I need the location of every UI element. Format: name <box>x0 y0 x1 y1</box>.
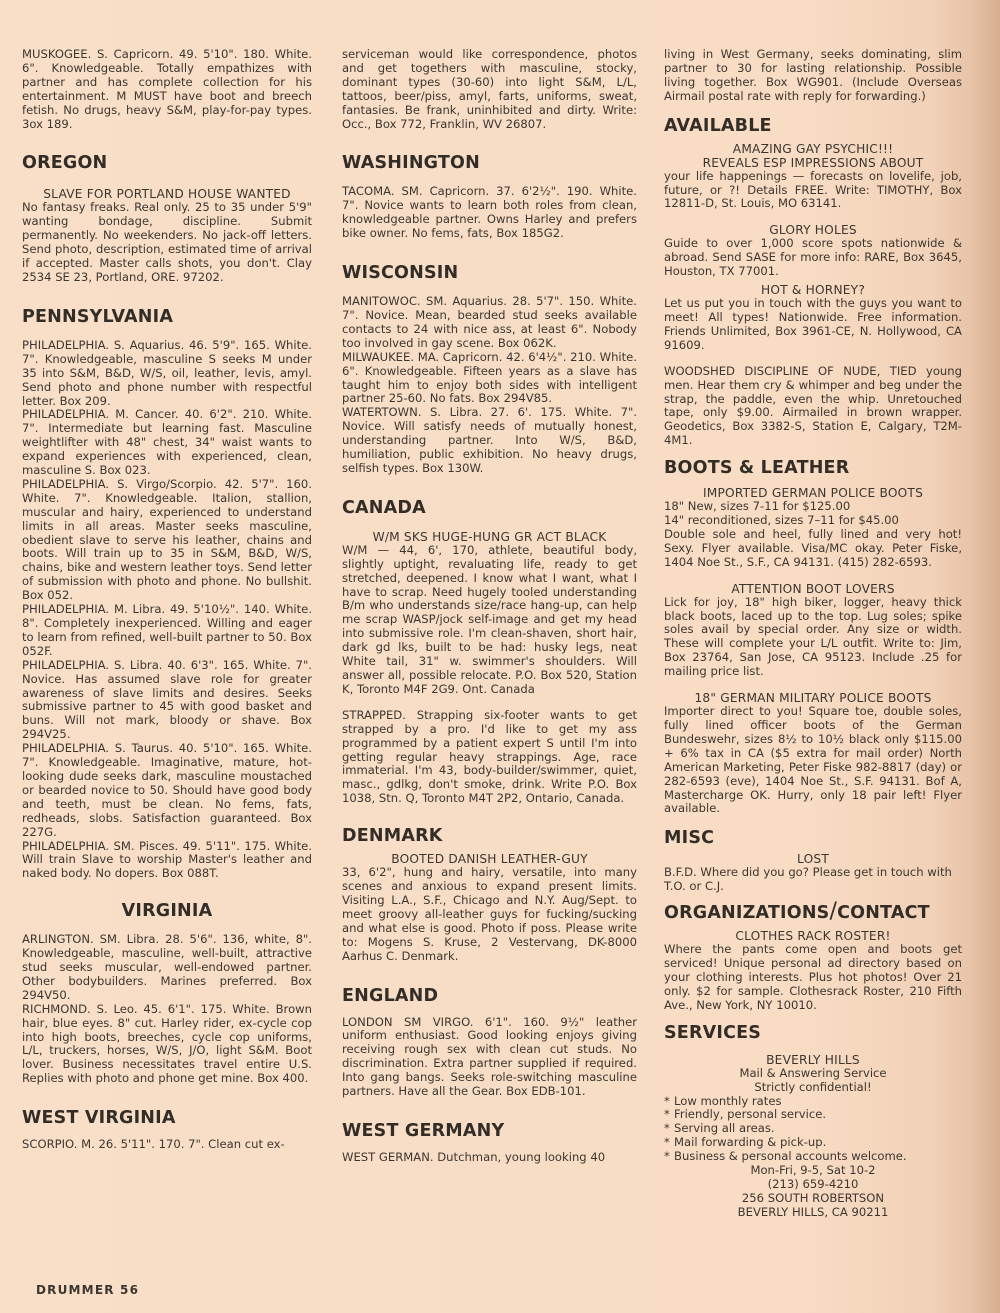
classified-ad: CLOTHES RACK ROSTER! Where the pants com… <box>664 929 962 1013</box>
magazine-page: MUSKOGEE. S. Capricorn. 49. 5'10". 180. … <box>0 0 1000 1313</box>
classified-ad: PHILADELPHIA. S. Taurus. 40. 5'10". 165.… <box>22 742 312 839</box>
bullet-item: Mail forwarding & pick-up. <box>664 1136 962 1150</box>
ad-subtitle: Strictly confidential! <box>664 1081 962 1095</box>
section-heading-misc: MISC <box>664 828 962 848</box>
column-2: serviceman would like correspondence, ph… <box>342 48 637 1165</box>
ad-body: B.F.D. Where did you go? Please get in t… <box>664 866 962 894</box>
section-heading-services: SERVICES <box>664 1023 962 1043</box>
ad-subtitle: REVEALS ESP IMPRESSIONS ABOUT <box>664 156 962 170</box>
ad-body: Double sole and heel, fully lined and ve… <box>664 528 962 570</box>
classified-ad: PHILADELPHIA. M. Libra. 49. 5'10½". 140.… <box>22 603 312 659</box>
classified-ad: living in West Germany, seeks dominating… <box>664 48 962 104</box>
section-heading-west-germany: WEST GERMANY <box>342 1121 637 1141</box>
ad-title: BEVERLY HILLS <box>664 1053 962 1067</box>
section-heading-oregon: OREGON <box>22 153 312 173</box>
services-bullet-list: Low monthly rates Friendly, personal ser… <box>664 1095 962 1165</box>
page-folio: DRUMMER 56 <box>36 1283 139 1297</box>
ad-phone: (213) 659-4210 <box>664 1178 962 1192</box>
slash-divider: / <box>829 899 837 924</box>
section-heading-england: ENGLAND <box>342 986 637 1006</box>
classified-ad: MILWAUKEE. MA. Capricorn. 42. 6'4½". 210… <box>342 351 637 407</box>
classified-ad: STRAPPED. Strapping six-footer wants to … <box>342 709 637 806</box>
section-heading-boots-leather: BOOTS & LEATHER <box>664 458 962 478</box>
classified-ad: PHILADELPHIA. S. Libra. 40. 6'3". 165. W… <box>22 659 312 742</box>
ad-subtitle: Mail & Answering Service <box>664 1067 962 1081</box>
section-heading-canada: CANADA <box>342 498 637 518</box>
ad-title: SLAVE FOR PORTLAND HOUSE WANTED <box>22 187 312 201</box>
ad-body: W/M — 44, 6', 170, athlete, beautiful bo… <box>342 544 637 697</box>
classified-ad: 18" GERMAN MILITARY POLICE BOOTS Importe… <box>664 691 962 816</box>
classified-ad: ARLINGTON. SM. Libra. 28. 5'6". 136, whi… <box>22 933 312 1003</box>
ad-title: 18" GERMAN MILITARY POLICE BOOTS <box>664 691 962 705</box>
classified-ad: serviceman would like correspondence, ph… <box>342 48 637 131</box>
section-heading-virginia: VIRGINIA <box>22 901 312 921</box>
classified-ad: WATERTOWN. S. Libra. 27. 6'. 175. White.… <box>342 406 637 476</box>
classified-ad: GLORY HOLES Guide to over 1,000 score sp… <box>664 223 962 279</box>
classified-ad: MUSKOGEE. S. Capricorn. 49. 5'10". 180. … <box>22 48 312 131</box>
ad-title: CLOTHES RACK ROSTER! <box>664 929 962 943</box>
ad-title: HOT & HORNEY? <box>664 283 962 297</box>
ad-line: 14" reconditioned, sizes 7–11 for $45.00 <box>664 514 962 528</box>
section-heading-washington: WASHINGTON <box>342 153 637 173</box>
classified-ad: IMPORTED GERMAN POLICE BOOTS 18" New, si… <box>664 486 962 570</box>
bullet-item: Business & personal accounts welcome. <box>664 1150 962 1164</box>
ad-city: BEVERLY HILLS, CA 90211 <box>664 1206 962 1220</box>
ad-hours: Mon-Fri, 9-5, Sat 10-2 <box>664 1164 962 1178</box>
heading-part: CONTACT <box>837 903 930 923</box>
ad-line: 18" New, sizes 7-11 for $125.00 <box>664 500 962 514</box>
bullet-item: Serving all areas. <box>664 1122 962 1136</box>
classified-ad: LONDON SM VIRGO. 6'1". 160. 9½" leather … <box>342 1016 637 1099</box>
ad-title: LOST <box>664 852 962 866</box>
section-heading-organizations-contact: ORGANIZATIONS/CONTACT <box>664 902 962 923</box>
ad-body: Where the pants come open and boots get … <box>664 943 962 1013</box>
classified-ad: PHILADELPHIA. SM. Pisces. 49. 5'11". 175… <box>22 840 312 882</box>
ad-body: Importer direct to you! Square toe, doub… <box>664 705 962 816</box>
classified-ad: SCORPIO. M. 26. 5'11". 170. 7". Clean cu… <box>22 1138 312 1152</box>
classified-ad: RICHMOND. S. Leo. 45. 6'1". 175. White. … <box>22 1003 312 1086</box>
classified-ad: AMAZING GAY PSYCHIC!!! REVEALS ESP IMPRE… <box>664 142 962 212</box>
bullet-item: Low monthly rates <box>664 1095 962 1109</box>
classified-ad: BOOTED DANISH LEATHER-GUY 33, 6'2", hung… <box>342 852 637 963</box>
classified-ad: WEST GERMAN. Dutchman, young looking 40 <box>342 1151 637 1165</box>
classified-ad: PHILADELPHIA. S. Aquarius. 46. 5'9". 165… <box>22 339 312 409</box>
ad-address: 256 SOUTH ROBERTSON <box>664 1192 962 1206</box>
classified-ad: MANITOWOC. SM. Aquarius. 28. 5'7". 150. … <box>342 295 637 351</box>
ad-body: Let us put you in touch with the guys yo… <box>664 297 962 353</box>
classified-ad: LOST B.F.D. Where did you go? Please get… <box>664 852 962 894</box>
ad-title: GLORY HOLES <box>664 223 962 237</box>
section-heading-wisconsin: WISCONSIN <box>342 263 637 283</box>
ad-body: Guide to over 1,000 score spots nationwi… <box>664 237 962 279</box>
classified-ad: W/M SKS HUGE-HUNG GR ACT BLACK W/M — 44,… <box>342 530 637 697</box>
ad-title: BOOTED DANISH LEATHER-GUY <box>342 852 637 866</box>
classified-ad: ATTENTION BOOT LOVERS Lick for joy, 18" … <box>664 582 962 679</box>
ad-title: W/M SKS HUGE-HUNG GR ACT BLACK <box>342 530 637 544</box>
classified-ad: WOODSHED DISCIPLINE OF NUDE, TIED young … <box>664 365 962 448</box>
classified-ad: PHILADELPHIA. M. Cancer. 40. 6'2". 210. … <box>22 408 312 478</box>
classified-ad: TACOMA. SM. Capricorn. 37. 6'2½". 190. W… <box>342 185 637 241</box>
ad-body: your life happenings — forecasts on love… <box>664 170 962 212</box>
classified-ad: SLAVE FOR PORTLAND HOUSE WANTED No fanta… <box>22 187 312 284</box>
classified-ad: HOT & HORNEY? Let us put you in touch wi… <box>664 283 962 353</box>
section-heading-denmark: DENMARK <box>342 826 637 846</box>
column-1: MUSKOGEE. S. Capricorn. 49. 5'10". 180. … <box>22 48 312 1152</box>
section-heading-west-virginia: WEST VIRGINIA <box>22 1108 312 1128</box>
heading-part: ORGANIZATIONS <box>664 903 829 923</box>
ad-title: IMPORTED GERMAN POLICE BOOTS <box>664 486 962 500</box>
ad-body: Lick for joy, 18" high biker, logger, he… <box>664 596 962 679</box>
ad-title: ATTENTION BOOT LOVERS <box>664 582 962 596</box>
ad-title: AMAZING GAY PSYCHIC!!! <box>664 142 962 156</box>
ad-body: 33, 6'2", hung and hairy, versatile, int… <box>342 866 637 963</box>
ad-body: No fantasy freaks. Real only. 25 to 35 u… <box>22 201 312 284</box>
section-heading-pennsylvania: PENNSYLVANIA <box>22 307 312 327</box>
classified-ad: PHILADELPHIA. S. Virgo/Scorpio. 42. 5'7"… <box>22 478 312 603</box>
bullet-item: Friendly, personal service. <box>664 1108 962 1122</box>
section-heading-available: AVAILABLE <box>664 116 962 136</box>
column-3: living in West Germany, seeks dominating… <box>664 48 962 1232</box>
classified-ad: BEVERLY HILLS Mail & Answering Service S… <box>664 1053 962 1220</box>
